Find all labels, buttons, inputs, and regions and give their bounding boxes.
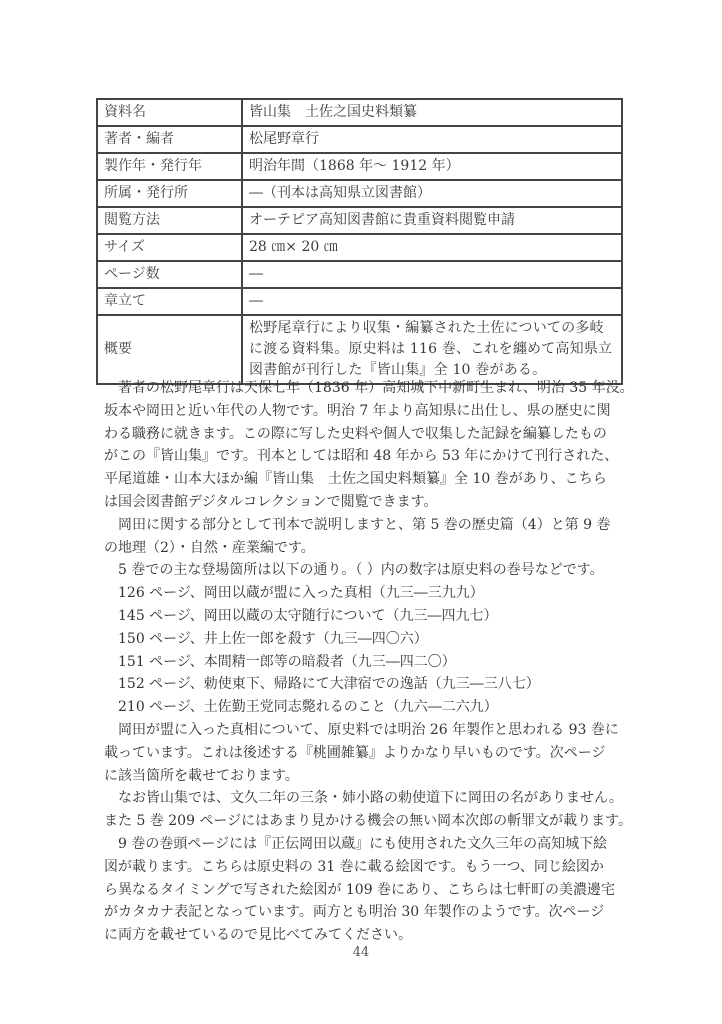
row-value: オーテピア高知図書館に貴重資料閲覧申請 xyxy=(242,207,622,234)
text-line: 著者の松野尾章行は天保七年（1836 年）高知城下中新町生まれ、明治 35 年没… xyxy=(104,377,626,400)
text-line: の地理（2）・自然・産業編です。 xyxy=(104,537,626,560)
row-value-summary: 松野尾章行により収集・編纂された土佐についての多岐 に渡る資料集。原史料は 11… xyxy=(242,315,622,384)
resource-info-table: 資料名 皆山集 土佐之国史料類纂 著者・編者 松尾野章行 製作年・発行年 明治年… xyxy=(96,98,623,385)
row-value: 松尾野章行 xyxy=(242,126,622,153)
text-line: なお皆山集では、文久二年の三条・姉小路の勅使道下に岡田の名がありません。 xyxy=(104,787,626,810)
table-row: 章立て ― xyxy=(97,288,622,315)
table-row: 製作年・発行年 明治年間（1868 年～ 1912 年） xyxy=(97,153,622,180)
text-line: 145 ページ、岡田以蔵の太守随行について（九三―四九七） xyxy=(104,605,626,628)
text-line: 152 ページ、勅使東下、帰路にて大津宿での逸話（九三―三八七） xyxy=(104,673,626,696)
document-page: 資料名 皆山集 土佐之国史料類纂 著者・編者 松尾野章行 製作年・発行年 明治年… xyxy=(0,0,722,1024)
row-value: ― xyxy=(242,261,622,288)
row-value: 皆山集 土佐之国史料類纂 xyxy=(242,99,622,126)
text-line: わる職務に就きます。この際に写した史料や個人で収集した記録を編纂したもの xyxy=(104,423,626,446)
row-value: ―（刊本は高知県立図書館） xyxy=(242,180,622,207)
page-number: 44 xyxy=(0,945,722,960)
table-row: 資料名 皆山集 土佐之国史料類纂 xyxy=(97,99,622,126)
text-line: に両方を載せているので見比べてみてください。 xyxy=(104,924,626,947)
text-line: また 5 巻 209 ページにはあまり見かける機会の無い岡本次郎の斬罪文が載りま… xyxy=(104,810,626,833)
row-label: 所属・発行所 xyxy=(97,180,242,207)
table-row: 閲覧方法 オーテピア高知図書館に貴重資料閲覧申請 xyxy=(97,207,622,234)
text-line: がこの『皆山集』です。刊本としては昭和 48 年から 53 年にかけて刊行された… xyxy=(104,445,626,468)
text-line: 平尾道雄・山本大ほか編『皆山集 土佐之国史料類纂』全 10 巻があり、こちら xyxy=(104,468,626,491)
text-line: 坂本や岡田と近い年代の人物です。明治 7 年より高知県に出仕し、県の歴史に関 xyxy=(104,400,626,423)
text-line: に該当箇所を載せております。 xyxy=(104,765,626,788)
row-label: 製作年・発行年 xyxy=(97,153,242,180)
text-line: 151 ページ、本間精一郎等の暗殺者（九三―四二〇） xyxy=(104,651,626,674)
row-label: 概要 xyxy=(97,315,242,384)
row-label: サイズ xyxy=(97,234,242,261)
text-line: 岡田が盟に入った真相について、原史料では明治 26 年製作と思われる 93 巻に xyxy=(104,719,626,742)
text-line: 150 ページ、井上佐一郎を殺す（九三―四〇六） xyxy=(104,628,626,651)
text-line: 岡田に関する部分として刊本で説明しますと、第 5 巻の歴史篇（4）と第 9 巻 xyxy=(104,514,626,537)
row-value: 28 ㎝× 20 ㎝ xyxy=(242,234,622,261)
text-line: 126 ページ、岡田以蔵が盟に入った真相（九三―三九九） xyxy=(104,582,626,605)
body-text: 著者の松野尾章行は天保七年（1836 年）高知城下中新町生まれ、明治 35 年没… xyxy=(104,377,626,947)
row-value: 明治年間（1868 年～ 1912 年） xyxy=(242,153,622,180)
table-row: ページ数 ― xyxy=(97,261,622,288)
row-label: 著者・編者 xyxy=(97,126,242,153)
text-line: 9 巻の巻頭ページには『正伝岡田以蔵』にも使用された文久三年の高知城下絵 xyxy=(104,833,626,856)
summary-line: 松野尾章行により収集・編纂された土佐についての多岐 xyxy=(249,318,615,339)
text-line: 図が載ります。こちらは原史料の 31 巻に載る絵図です。もう一つ、同じ絵図か xyxy=(104,856,626,879)
text-line: ら異なるタイミングで写された絵図が 109 巻にあり、こちらは七軒町の美濃邊宅 xyxy=(104,879,626,902)
row-label: 閲覧方法 xyxy=(97,207,242,234)
table-row: 著者・編者 松尾野章行 xyxy=(97,126,622,153)
text-line: がカタカナ表記となっています。両方とも明治 30 年製作のようです。次ページ xyxy=(104,901,626,924)
text-line: 載っています。これは後述する『桃圃雑纂』よりかなり早いものです。次ページ xyxy=(104,742,626,765)
row-label: ページ数 xyxy=(97,261,242,288)
row-label: 章立て xyxy=(97,288,242,315)
summary-line: に渡る資料集。原史料は 116 巻、これを纏めて高知県立 xyxy=(249,339,615,360)
text-line: 210 ページ、土佐勤王党同志斃れるのこと（九六―二六九） xyxy=(104,696,626,719)
row-value: ― xyxy=(242,288,622,315)
row-label: 資料名 xyxy=(97,99,242,126)
table-row: サイズ 28 ㎝× 20 ㎝ xyxy=(97,234,622,261)
table-row: 所属・発行所 ―（刊本は高知県立図書館） xyxy=(97,180,622,207)
table-row: 概要 松野尾章行により収集・編纂された土佐についての多岐 に渡る資料集。原史料は… xyxy=(97,315,622,384)
text-line: は国会図書館デジタルコレクションで閲覧できます。 xyxy=(104,491,626,514)
text-line: 5 巻での主な登場箇所は以下の通り。（ ）内の数字は原史料の巻号などです。 xyxy=(104,559,626,582)
